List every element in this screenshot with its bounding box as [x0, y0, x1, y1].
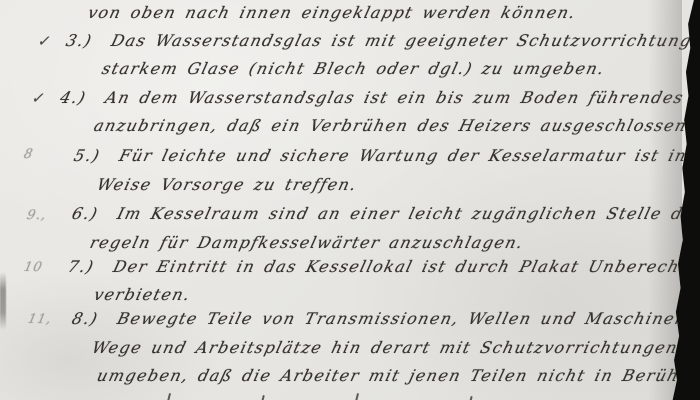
item-number: 5.)	[72, 146, 102, 165]
handwriting-line-item8-cont1: Wege und Arbeitsplätze hin derart mit Sc…	[90, 338, 700, 357]
handwriting-line-item4-cont: anzubringen, daß ein Verbrühen des Heize…	[92, 116, 700, 135]
item-number: 4.)	[58, 88, 88, 107]
handwriting-text: von oben nach innen eingeklappt werden k…	[86, 3, 578, 22]
item-number: 7.)	[66, 257, 96, 276]
margin-pencil-number: 8	[22, 147, 34, 162]
handwriting-line-continuation: von oben nach innen eingeklappt werden k…	[86, 3, 578, 22]
handwriting-line-item8-cont2: umgeben, daß die Arbeiter mit jenen Teil…	[95, 366, 688, 385]
margin-pencil-number: 10	[22, 260, 44, 275]
handwriting-text: Der Eintritt in das Kessellokal ist durc…	[111, 257, 700, 276]
margin-pencil-number: 11,	[26, 312, 53, 327]
margin-pencil-number: 9.,	[25, 208, 48, 223]
handwriting-line-item3-cont: starkem Glase (nicht Blech oder dgl.) zu…	[100, 59, 607, 78]
handwriting-text: Weise Vorsorge zu treffen.	[95, 175, 359, 194]
handwriting-line-item6-cont: regeln für Dampfkesselwärter anzuschlage…	[88, 233, 526, 252]
handwriting-text: Für leichte und sichere Wartung der Kess…	[117, 146, 700, 165]
handwriting-line-item5-cont: Weise Vorsorge zu treffen.	[95, 175, 359, 194]
handwriting-text: An dem Wasserstandsglas ist ein bis zum …	[103, 88, 700, 107]
handwriting-text: regeln für Dampfkesselwärter anzuschlage…	[88, 233, 526, 252]
handwriting-line-item7: 7.) Der Eintritt in das Kessellokal ist …	[66, 257, 700, 276]
handwriting-text: verbieten.	[92, 285, 193, 304]
handwriting-line-item5: 5.) Für leichte und sichere Wartung der …	[72, 146, 700, 165]
item-number: 8.)	[70, 309, 100, 328]
handwriting-text: Im Kesselraum sind an einer leicht zugän…	[115, 204, 700, 223]
check-mark-icon: ✓	[36, 32, 53, 50]
handwriting-text: Das Wasserstandsglas ist mit geeigneter …	[109, 31, 700, 50]
handwriting-text: umgeben, daß die Arbeiter mit jenen Teil…	[95, 366, 688, 385]
handwriting-line-item8: 8.) Bewegte Teile von Transmissionen, We…	[70, 309, 700, 328]
scan-smudge	[0, 272, 6, 330]
handwriting-line-item3: ✓ 3.) Das Wasserstandsglas ist mit geeig…	[36, 31, 700, 50]
handwriting-text: Wege und Arbeitsplätze hin derart mit Sc…	[90, 338, 700, 357]
check-mark-icon: ✓	[30, 89, 47, 107]
handwriting-line-item6: 6.) Im Kesselraum sind an einer leicht z…	[70, 204, 700, 223]
paper-edge-shadow	[648, 0, 682, 400]
handwriting-text: starkem Glase (nicht Blech oder dgl.) zu…	[100, 59, 607, 78]
handwriting-line-item7-cont: verbieten.	[92, 285, 193, 304]
item-number: 3.)	[64, 31, 94, 50]
manuscript-page: von oben nach innen eingeklappt werden k…	[0, 0, 700, 400]
handwriting-text: anzubringen, daß ein Verbrühen des Heize…	[92, 116, 700, 135]
handwriting-line-item4: ✓ 4.) An dem Wasserstandsglas ist ein bi…	[30, 88, 700, 107]
item-number: 6.)	[70, 204, 100, 223]
handwriting-text: Bewegte Teile von Transmissionen, Wellen…	[115, 309, 700, 328]
